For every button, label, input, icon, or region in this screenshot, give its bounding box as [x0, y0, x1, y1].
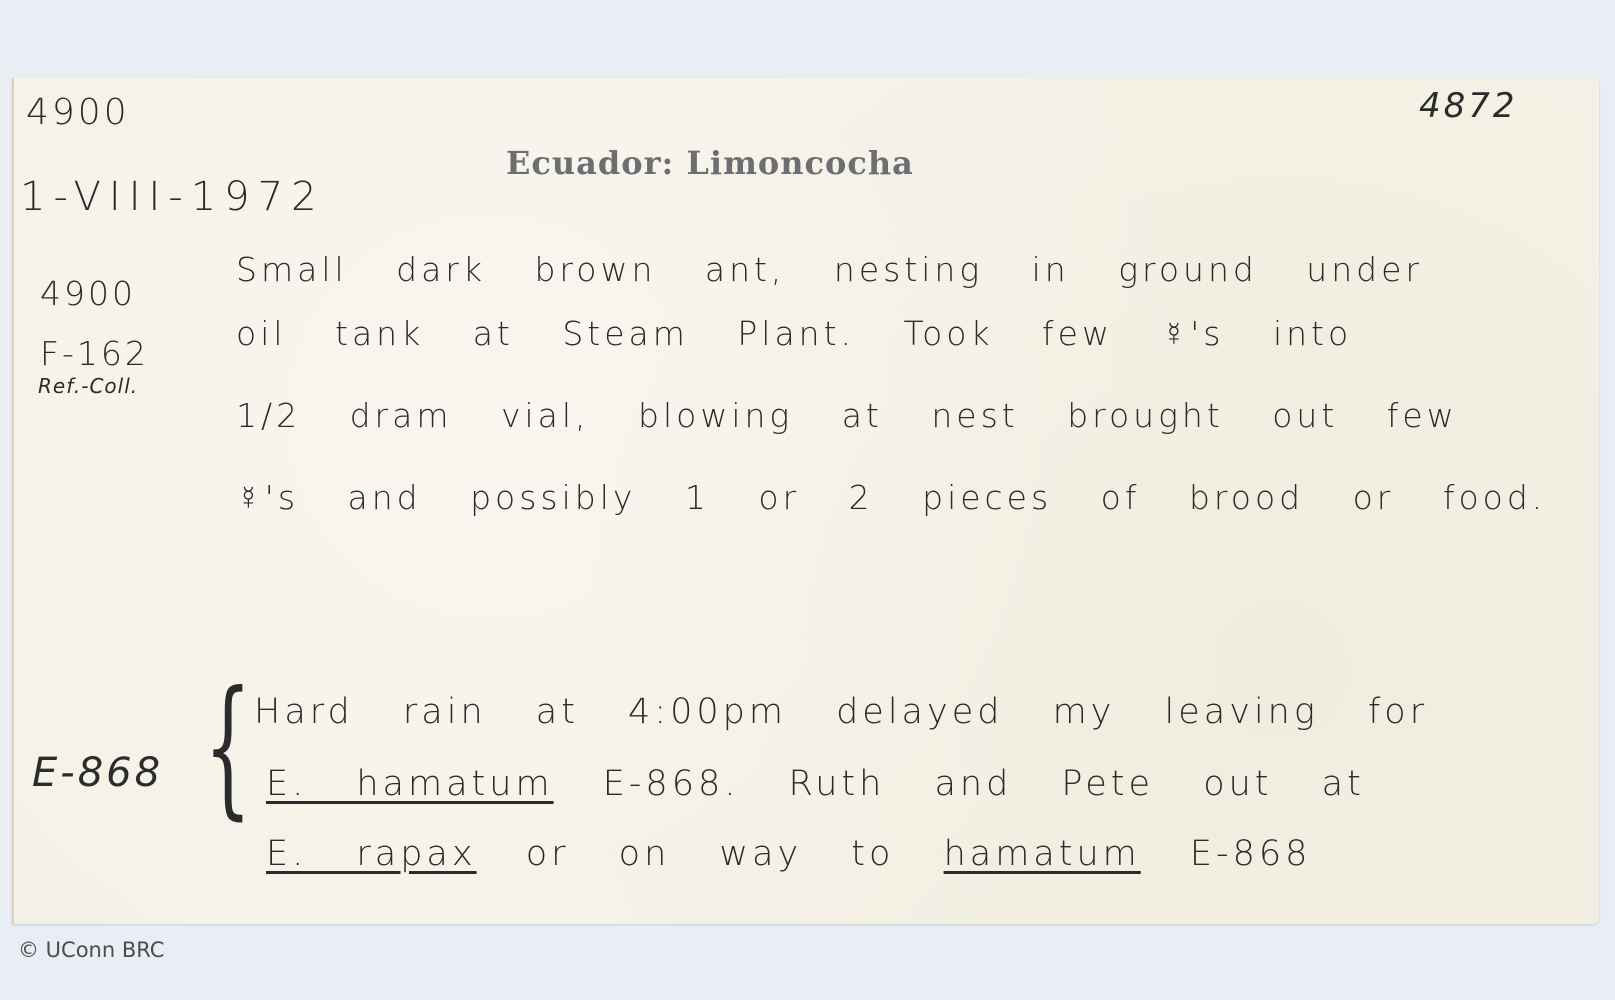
note-line-7: E. rapax or on way to hamatum E-868: [266, 834, 1311, 874]
margin-ref-note: Ref.-Coll.: [38, 374, 138, 398]
species-name: E. rapax: [266, 834, 477, 874]
note-text: E-868: [1190, 834, 1312, 874]
curly-brace-icon: {: [204, 672, 252, 822]
margin-field-code: F-162: [40, 334, 149, 373]
copyright-notice: © UConn BRC: [18, 938, 164, 962]
note-line-3: 1/2 dram vial, blowing at nest brought o…: [236, 396, 1458, 435]
top-left-number: 4900: [26, 92, 130, 133]
top-right-number: 4872: [1419, 86, 1518, 126]
margin-bottom-code: E-868: [32, 750, 163, 796]
specimen-note-card: 4900 4872 1-VIII-1972 Ecuador: Limoncoch…: [12, 78, 1599, 924]
locality-stamp: Ecuador: Limoncocha: [506, 144, 914, 182]
note-line-5: Hard rain at 4:00pm delayed my leaving f…: [254, 692, 1428, 732]
note-line-1: Small dark brown ant, nesting in ground …: [236, 250, 1423, 289]
note-line-2: oil tank at Steam Plant. Took few ☿'s in…: [236, 314, 1352, 353]
species-name: E. hamatum: [266, 764, 554, 804]
note-text: E-868. Ruth and Pete out at: [603, 764, 1365, 804]
note-line-4: ☿'s and possibly 1 or 2 pieces of brood …: [236, 478, 1546, 517]
species-name: hamatum: [944, 834, 1141, 874]
note-line-6: E. hamatum E-868. Ruth and Pete out at: [266, 764, 1365, 804]
collection-date: 1-VIII-1972: [20, 174, 325, 220]
margin-number: 4900: [40, 274, 136, 313]
note-text: or on way to: [526, 834, 895, 874]
